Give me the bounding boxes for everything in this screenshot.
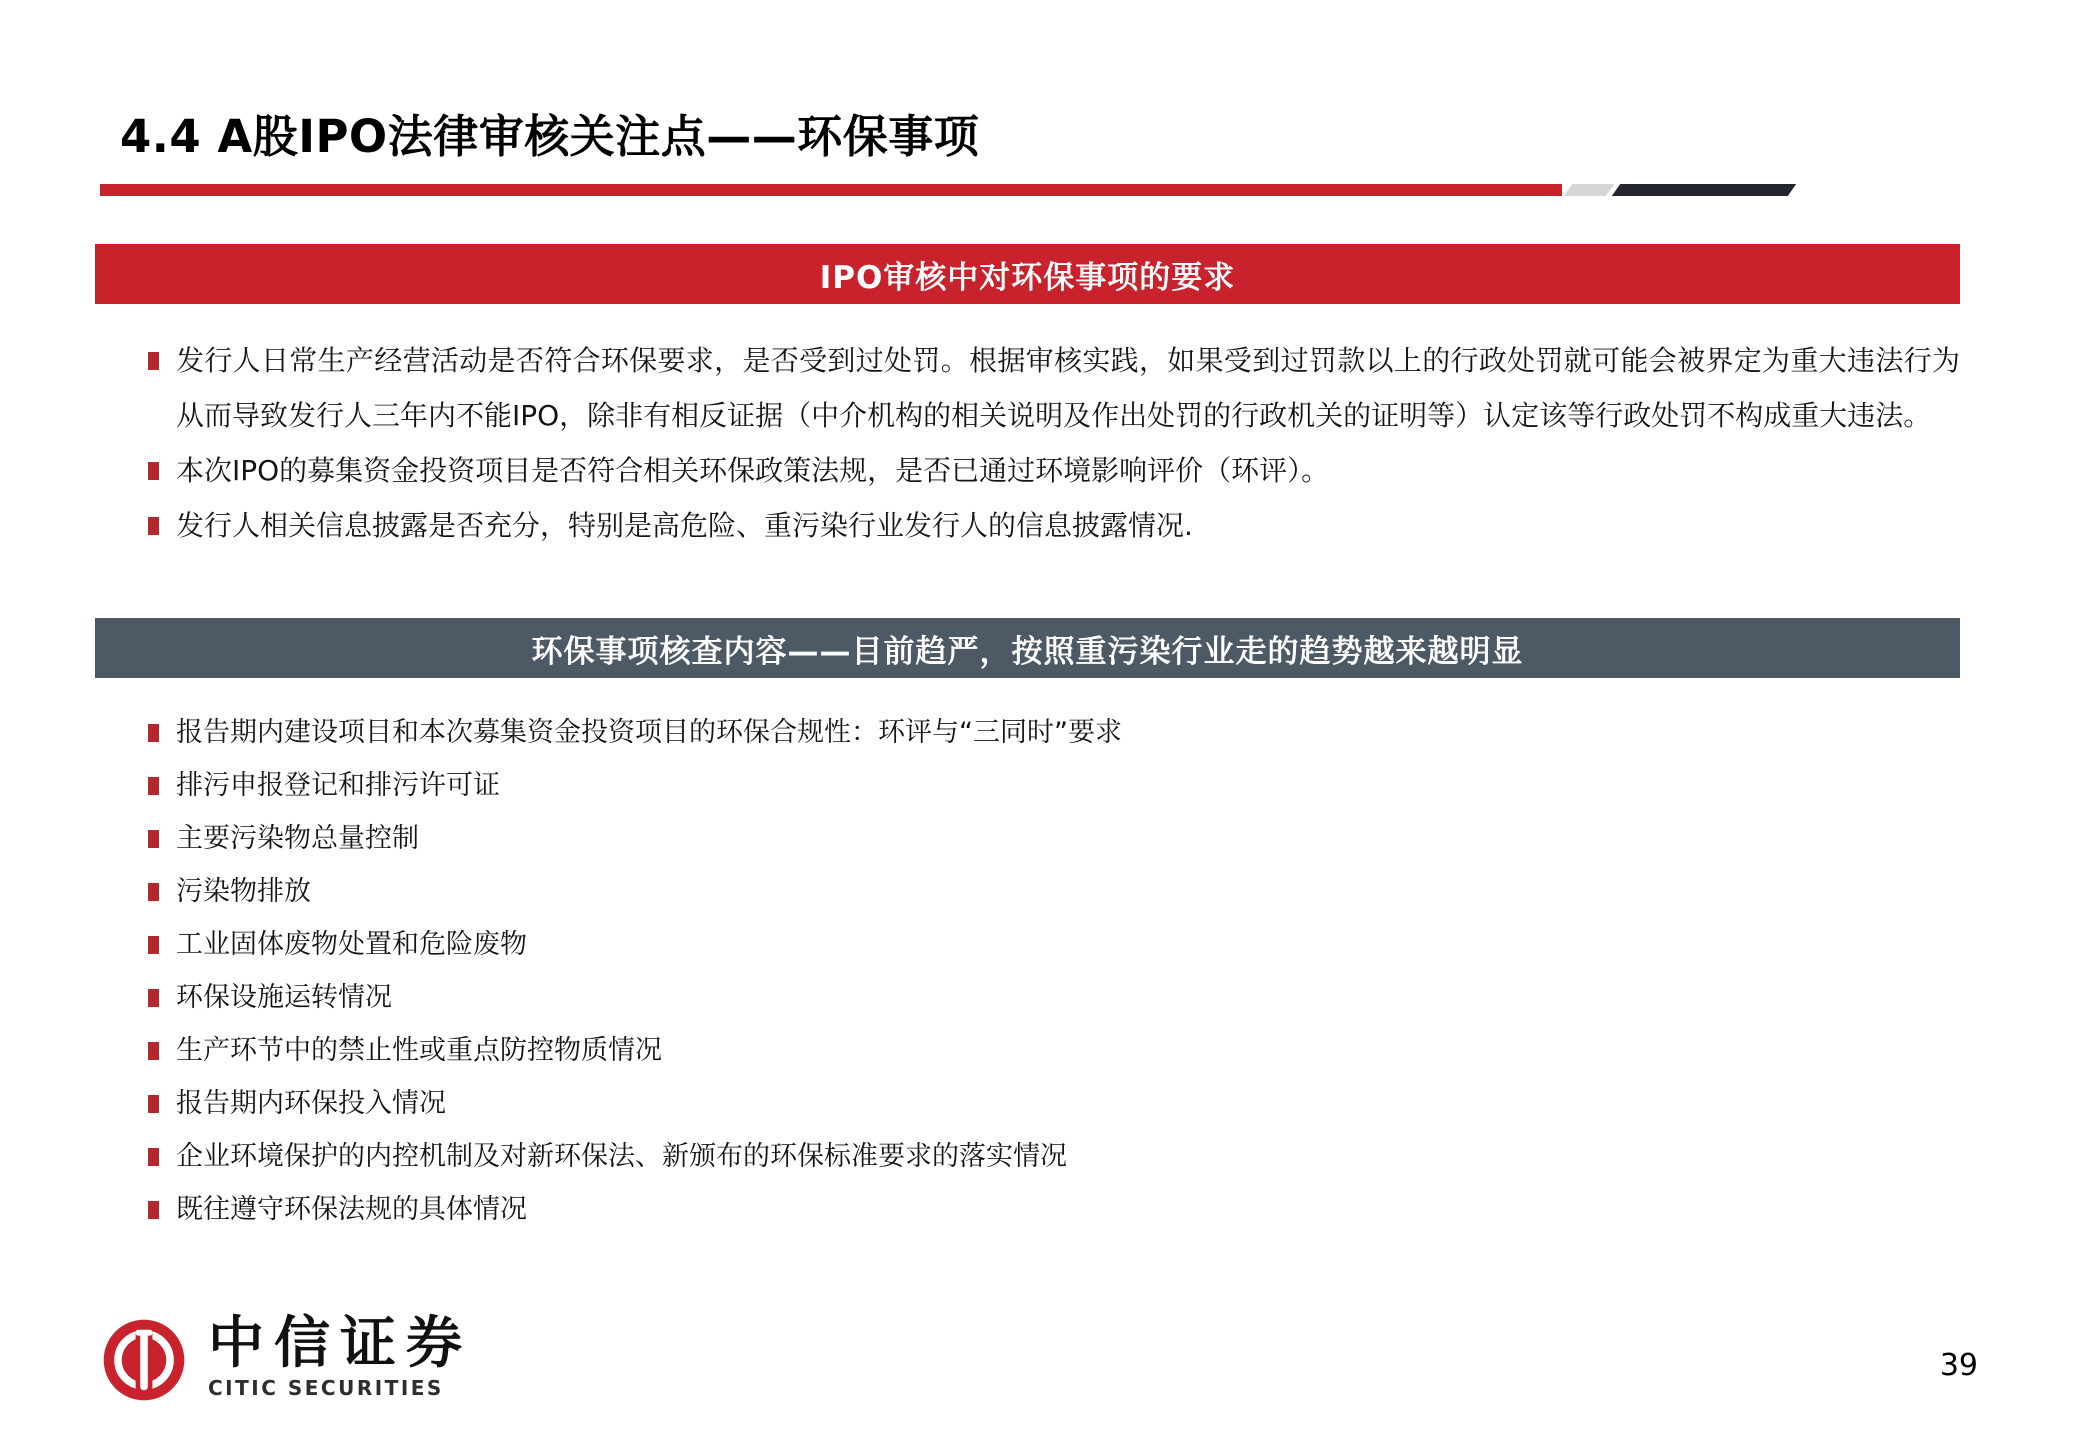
bullet-square-icon [148, 724, 159, 742]
section2-header-banner: 环保事项核查内容——目前趋严，按照重污染行业走的趋势越来越明显 [95, 618, 1960, 678]
list-item: 污染物排放 [148, 865, 1960, 918]
list-item-text: 发行人相关信息披露是否充分，特别是高危险、重污染行业发行人的信息披露情况. [176, 498, 1960, 553]
bullet-square-icon [148, 1042, 159, 1060]
citic-logo-english: CITIC SECURITIES [208, 1376, 472, 1400]
title-divider [100, 184, 1800, 196]
list-item-text: 污染物排放 [176, 865, 1960, 918]
list-item-text: 报告期内环保投入情况 [176, 1077, 1960, 1130]
list-item-text: 发行人日常生产经营活动是否符合环保要求，是否受到过处罚。根据审核实践，如果受到过… [176, 333, 1960, 443]
divider-red-segment [100, 184, 1562, 196]
list-item: 排污申报登记和排污许可证 [148, 759, 1960, 812]
list-item: 企业环境保护的内控机制及对新环保法、新颁布的环保标准要求的落实情况 [148, 1130, 1960, 1183]
bullet-square-icon [148, 1095, 159, 1113]
list-item: 生产环节中的禁止性或重点防控物质情况 [148, 1024, 1960, 1077]
list-item-text: 报告期内建设项目和本次募集资金投资项目的环保合规性：环评与“三同时”要求 [176, 706, 1960, 759]
section2-header-text: 环保事项核查内容——目前趋严，按照重污染行业走的趋势越来越明显 [532, 626, 1524, 671]
divider-gray-segment [1564, 184, 1614, 196]
list-item: 报告期内环保投入情况 [148, 1077, 1960, 1130]
bullet-square-icon [148, 777, 159, 795]
slide: 4.4 A股IPO法律审核关注点——环保事项 IPO审核中对环保事项的要求 发行… [0, 0, 2080, 1440]
section1-list: 发行人日常生产经营活动是否符合环保要求，是否受到过处罚。根据审核实践，如果受到过… [148, 333, 1960, 553]
bullet-square-icon [148, 352, 159, 370]
bullet-square-icon [148, 936, 159, 954]
bullet-square-icon [148, 462, 159, 480]
list-item: 环保设施运转情况 [148, 971, 1960, 1024]
bullet-square-icon [148, 1148, 159, 1166]
page-title: 4.4 A股IPO法律审核关注点——环保事项 [120, 100, 979, 165]
list-item: 主要污染物总量控制 [148, 812, 1960, 865]
list-item-text: 环保设施运转情况 [176, 971, 1960, 1024]
page-number: 39 [1940, 1348, 1978, 1383]
section1-header-banner: IPO审核中对环保事项的要求 [95, 244, 1960, 304]
list-item: 发行人相关信息披露是否充分，特别是高危险、重污染行业发行人的信息披露情况. [148, 498, 1960, 553]
list-item-text: 生产环节中的禁止性或重点防控物质情况 [176, 1024, 1960, 1077]
citic-logo-chinese: 中信证券 [208, 1312, 472, 1374]
list-item-text: 主要污染物总量控制 [176, 812, 1960, 865]
citic-logo: 中信证券 CITIC SECURITIES [102, 1312, 472, 1402]
list-item: 既往遵守环保法规的具体情况 [148, 1183, 1960, 1236]
list-item-text: 既往遵守环保法规的具体情况 [176, 1183, 1960, 1236]
citic-logo-text: 中信证券 CITIC SECURITIES [208, 1312, 472, 1400]
section1-header-text: IPO审核中对环保事项的要求 [820, 252, 1236, 297]
bullet-square-icon [148, 830, 159, 848]
list-item-text: 本次IPO的募集资金投资项目是否符合相关环保政策法规，是否已通过环境影响评价（环… [176, 443, 1960, 498]
bullet-square-icon [148, 989, 159, 1007]
list-item: 工业固体废物处置和危险废物 [148, 918, 1960, 971]
list-item: 报告期内建设项目和本次募集资金投资项目的环保合规性：环评与“三同时”要求 [148, 706, 1960, 759]
list-item: 本次IPO的募集资金投资项目是否符合相关环保政策法规，是否已通过环境影响评价（环… [148, 443, 1960, 498]
divider-dark-segment [1612, 184, 1796, 196]
list-item-text: 企业环境保护的内控机制及对新环保法、新颁布的环保标准要求的落实情况 [176, 1130, 1960, 1183]
bullet-square-icon [148, 1201, 159, 1219]
list-item-text: 排污申报登记和排污许可证 [176, 759, 1960, 812]
citic-logo-icon [102, 1318, 186, 1402]
bullet-square-icon [148, 517, 159, 535]
bullet-square-icon [148, 883, 159, 901]
section2-list: 报告期内建设项目和本次募集资金投资项目的环保合规性：环评与“三同时”要求 排污申… [148, 706, 1960, 1236]
list-item: 发行人日常生产经营活动是否符合环保要求，是否受到过处罚。根据审核实践，如果受到过… [148, 333, 1960, 443]
list-item-text: 工业固体废物处置和危险废物 [176, 918, 1960, 971]
